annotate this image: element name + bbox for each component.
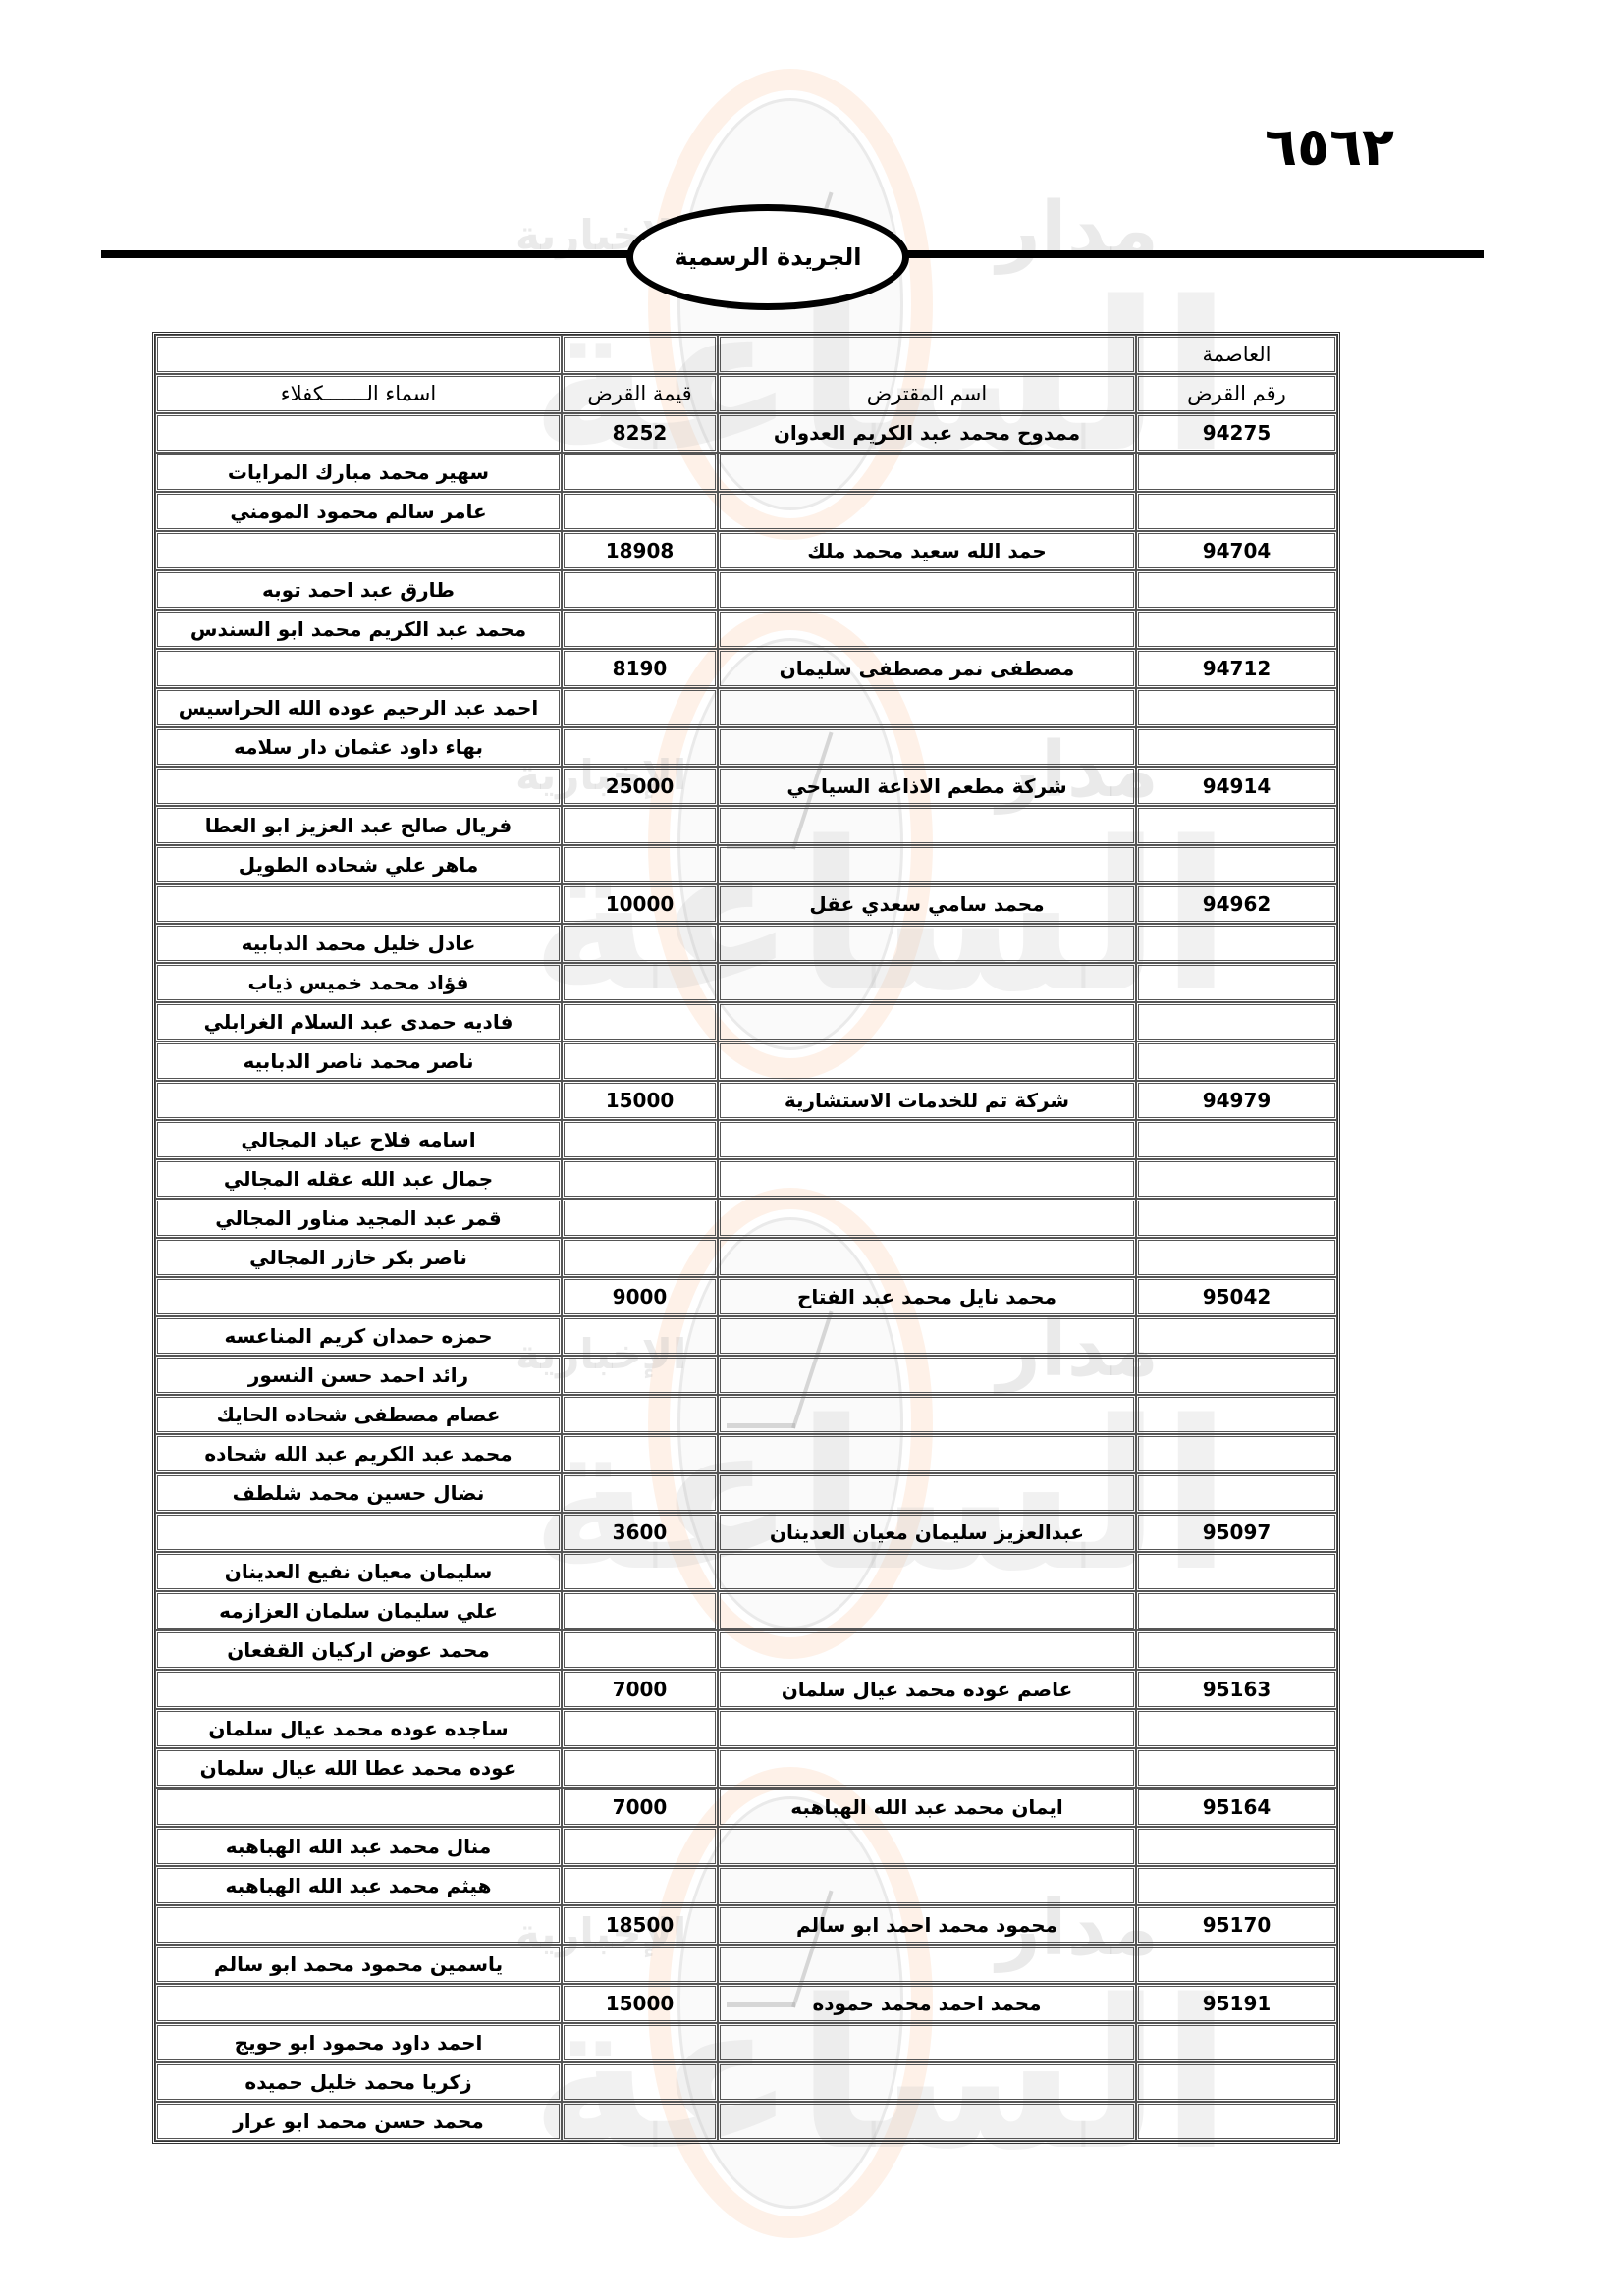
borrower-cell bbox=[718, 1630, 1136, 1670]
guarantor-row: منال محمد عبد الله الهباهبه bbox=[155, 1827, 1337, 1866]
borrower-cell: عاصم عوده محمد عيال سلمان bbox=[718, 1670, 1136, 1709]
loan-number-cell bbox=[1136, 1748, 1337, 1788]
amount-cell: 3600 bbox=[562, 1513, 718, 1552]
borrower-cell: مصطفى نمر مصطفى سليمان bbox=[718, 649, 1136, 688]
borrower-cell bbox=[718, 1591, 1136, 1630]
borrower-cell bbox=[718, 1395, 1136, 1434]
amount-cell bbox=[562, 845, 718, 884]
loan-number-cell: 94914 bbox=[1136, 767, 1337, 806]
borrower-cell: محمد نايل محمد عبد الفتاح bbox=[718, 1277, 1136, 1316]
guarantor-cell bbox=[155, 1670, 562, 1709]
amount-cell bbox=[562, 492, 718, 531]
loan-number-cell bbox=[1136, 688, 1337, 727]
amount-cell bbox=[562, 1159, 718, 1199]
borrower-cell bbox=[718, 2062, 1136, 2102]
guarantor-row: طارق عبد احمد توبه bbox=[155, 570, 1337, 610]
guarantor-row: محمد حسن محمد ابو عرار bbox=[155, 2102, 1337, 2141]
loans-table: العاصمة رقم القرض اسم المقترض قيمة القرض… bbox=[152, 332, 1340, 2144]
amount-cell: 8252 bbox=[562, 413, 718, 453]
amount-cell: 18500 bbox=[562, 1905, 718, 1945]
loan-number-cell bbox=[1136, 727, 1337, 767]
guarantor-cell: ياسمين محمود محمد ابو سالم bbox=[155, 1945, 562, 1984]
amount-cell bbox=[562, 1748, 718, 1788]
guarantor-row: رائد احمد حسن النسور bbox=[155, 1356, 1337, 1395]
loan-row: 94979شركة تم للخدمات الاستشارية15000 bbox=[155, 1081, 1337, 1120]
amount-cell bbox=[562, 1552, 718, 1591]
borrower-cell bbox=[718, 453, 1136, 492]
guarantor-row: عصام مصطفى شحاده الحايك bbox=[155, 1395, 1337, 1434]
guarantor-cell: سهير محمد مبارك المرايات bbox=[155, 453, 562, 492]
amount-cell: 10000 bbox=[562, 884, 718, 924]
guarantor-cell: محمد عبد الكريم عبد الله شحاده bbox=[155, 1434, 562, 1473]
loan-number-cell bbox=[1136, 1945, 1337, 1984]
amount-cell bbox=[562, 924, 718, 963]
guarantor-row: محمد عبد الكريم عبد الله شحاده bbox=[155, 1434, 1337, 1473]
borrower-cell bbox=[718, 1316, 1136, 1356]
region-label: العاصمة bbox=[1136, 335, 1337, 374]
guarantor-cell bbox=[155, 1788, 562, 1827]
guarantor-row: سليمان معيان نفيع العدينان bbox=[155, 1552, 1337, 1591]
guarantor-row: محمد عبد الكريم محمد ابو السندس bbox=[155, 610, 1337, 649]
loan-row: 94712مصطفى نمر مصطفى سليمان8190 bbox=[155, 649, 1337, 688]
guarantor-cell bbox=[155, 413, 562, 453]
amount-cell bbox=[562, 1041, 718, 1081]
amount-cell bbox=[562, 1316, 718, 1356]
borrower-cell bbox=[718, 727, 1136, 767]
loan-number-cell bbox=[1136, 1827, 1337, 1866]
guarantor-row: عوده محمد عطا الله عيال سلمان bbox=[155, 1748, 1337, 1788]
amount-cell: 9000 bbox=[562, 1277, 718, 1316]
borrower-cell: محمد احمد محمد حموده bbox=[718, 1984, 1136, 2023]
header-row: رقم القرض اسم المقترض قيمة القرض اسماء ا… bbox=[155, 374, 1337, 413]
loan-number-cell bbox=[1136, 1434, 1337, 1473]
borrower-cell bbox=[718, 845, 1136, 884]
borrower-cell bbox=[718, 1709, 1136, 1748]
amount-cell bbox=[562, 1827, 718, 1866]
amount-cell bbox=[562, 570, 718, 610]
guarantor-cell: فاديه حمدى عبد السلام الغرابلي bbox=[155, 1002, 562, 1041]
amount-cell bbox=[562, 610, 718, 649]
amount-cell bbox=[562, 1120, 718, 1159]
guarantor-cell: علي سليمان سلمان العزازمه bbox=[155, 1591, 562, 1630]
loan-number-cell: 95191 bbox=[1136, 1984, 1337, 2023]
guarantor-cell bbox=[155, 1277, 562, 1316]
borrower-cell: ايمان محمد عبد الله الهباهبه bbox=[718, 1788, 1136, 1827]
guarantor-cell: ناصر بكر خازر المجالي bbox=[155, 1238, 562, 1277]
loan-number-cell: 95042 bbox=[1136, 1277, 1337, 1316]
empty-cell bbox=[155, 335, 562, 374]
guarantor-row: فاديه حمدى عبد السلام الغرابلي bbox=[155, 1002, 1337, 1041]
guarantor-cell: قمر عبد المجيد مناور المجالي bbox=[155, 1199, 562, 1238]
guarantor-row: فريال صالح عبد العزيز ابو العطا bbox=[155, 806, 1337, 845]
guarantor-cell: عصام مصطفى شحاده الحايك bbox=[155, 1395, 562, 1434]
header-amount: قيمة القرض bbox=[562, 374, 718, 413]
guarantor-cell: ساجده عوده محمد عيال سلمان bbox=[155, 1709, 562, 1748]
empty-cell bbox=[718, 335, 1136, 374]
guarantor-cell bbox=[155, 767, 562, 806]
borrower-cell bbox=[718, 1866, 1136, 1905]
loan-number-cell: 95097 bbox=[1136, 1513, 1337, 1552]
guarantor-row: ناصر محمد ناصر الدبابيه bbox=[155, 1041, 1337, 1081]
guarantor-cell: عادل خليل محمد الدبابيه bbox=[155, 924, 562, 963]
amount-cell bbox=[562, 1199, 718, 1238]
amount-cell bbox=[562, 727, 718, 767]
gazette-title-ellipse: الجريدة الرسمية bbox=[626, 204, 909, 310]
loan-row: 95097عبدالعزيز سليمان معيان العدينان3600 bbox=[155, 1513, 1337, 1552]
loan-number-cell bbox=[1136, 1316, 1337, 1356]
loan-number-cell bbox=[1136, 2102, 1337, 2141]
loan-number-cell: 95163 bbox=[1136, 1670, 1337, 1709]
loan-number-cell bbox=[1136, 924, 1337, 963]
amount-cell bbox=[562, 688, 718, 727]
guarantor-cell: جمال عبد الله عقله المجالي bbox=[155, 1159, 562, 1199]
loan-number-cell bbox=[1136, 1709, 1337, 1748]
guarantor-row: ماهر علي شحاده الطويل bbox=[155, 845, 1337, 884]
guarantor-cell: محمد حسن محمد ابو عرار bbox=[155, 2102, 562, 2141]
borrower-cell bbox=[718, 1159, 1136, 1199]
guarantor-row: ناصر بكر خازر المجالي bbox=[155, 1238, 1337, 1277]
borrower-cell bbox=[718, 1552, 1136, 1591]
guarantor-row: فؤاد محمد خميس ذياب bbox=[155, 963, 1337, 1002]
amount-cell bbox=[562, 1630, 718, 1670]
amount-cell bbox=[562, 1002, 718, 1041]
loan-row: 95164ايمان محمد عبد الله الهباهبه7000 bbox=[155, 1788, 1337, 1827]
guarantor-cell bbox=[155, 884, 562, 924]
guarantor-cell: محمد عوض اركيان القفعان bbox=[155, 1630, 562, 1670]
header-loan-number: رقم القرض bbox=[1136, 374, 1337, 413]
guarantor-row: حمزه حمدان كريم المناعسه bbox=[155, 1316, 1337, 1356]
borrower-cell bbox=[718, 1120, 1136, 1159]
amount-cell: 15000 bbox=[562, 1984, 718, 2023]
borrower-cell bbox=[718, 1473, 1136, 1513]
guarantor-cell: احمد داود محمود ابو حويج bbox=[155, 2023, 562, 2062]
guarantor-row: عامر سالم محمود المومني bbox=[155, 492, 1337, 531]
loan-number-cell bbox=[1136, 1630, 1337, 1670]
guarantor-cell: عوده محمد عطا الله عيال سلمان bbox=[155, 1748, 562, 1788]
guarantor-row: علي سليمان سلمان العزازمه bbox=[155, 1591, 1337, 1630]
amount-cell bbox=[562, 1356, 718, 1395]
watermark-brand-prefix: مدار bbox=[997, 187, 1159, 275]
guarantor-cell bbox=[155, 1905, 562, 1945]
guarantor-row: احمد داود محمود ابو حويج bbox=[155, 2023, 1337, 2062]
loan-number-cell: 94962 bbox=[1136, 884, 1337, 924]
guarantor-cell: عامر سالم محمود المومني bbox=[155, 492, 562, 531]
borrower-cell bbox=[718, 1002, 1136, 1041]
amount-cell bbox=[562, 1238, 718, 1277]
guarantor-cell bbox=[155, 649, 562, 688]
borrower-cell bbox=[718, 492, 1136, 531]
guarantor-cell: اسامه فلاح عياد المجالي bbox=[155, 1120, 562, 1159]
loan-number-cell bbox=[1136, 1473, 1337, 1513]
guarantor-row: زكريا محمد خليل حميده bbox=[155, 2062, 1337, 2102]
amount-cell: 15000 bbox=[562, 1081, 718, 1120]
loan-number-cell bbox=[1136, 1552, 1337, 1591]
guarantor-cell bbox=[155, 531, 562, 570]
guarantor-row: محمد عوض اركيان القفعان bbox=[155, 1630, 1337, 1670]
borrower-cell bbox=[718, 570, 1136, 610]
guarantor-row: بهاء داود عثمان دار سلامه bbox=[155, 727, 1337, 767]
borrower-cell bbox=[718, 1945, 1136, 1984]
borrower-cell bbox=[718, 1041, 1136, 1081]
loan-number-cell: 94275 bbox=[1136, 413, 1337, 453]
guarantor-cell: رائد احمد حسن النسور bbox=[155, 1356, 562, 1395]
guarantor-row: ساجده عوده محمد عيال سلمان bbox=[155, 1709, 1337, 1748]
loan-number-cell bbox=[1136, 610, 1337, 649]
borrower-cell: شركة تم للخدمات الاستشارية bbox=[718, 1081, 1136, 1120]
loan-row: 94275ممدوح محمد عبد الكريم العدوان8252 bbox=[155, 413, 1337, 453]
guarantor-row: ياسمين محمود محمد ابو سالم bbox=[155, 1945, 1337, 1984]
loan-number-cell bbox=[1136, 845, 1337, 884]
borrower-cell: ممدوح محمد عبد الكريم العدوان bbox=[718, 413, 1136, 453]
guarantor-row: اسامه فلاح عياد المجالي bbox=[155, 1120, 1337, 1159]
loan-row: 94962محمد سامي سعدي عقل10000 bbox=[155, 884, 1337, 924]
loan-number-cell bbox=[1136, 1238, 1337, 1277]
amount-cell bbox=[562, 453, 718, 492]
guarantor-cell: فريال صالح عبد العزيز ابو العطا bbox=[155, 806, 562, 845]
amount-cell: 7000 bbox=[562, 1670, 718, 1709]
region-row: العاصمة bbox=[155, 335, 1337, 374]
loan-number-cell: 94979 bbox=[1136, 1081, 1337, 1120]
borrower-cell bbox=[718, 1434, 1136, 1473]
guarantor-cell: ناصر محمد ناصر الدبابيه bbox=[155, 1041, 562, 1081]
amount-cell: 8190 bbox=[562, 649, 718, 688]
amount-cell bbox=[562, 1434, 718, 1473]
loan-number-cell bbox=[1136, 1120, 1337, 1159]
loan-number-cell bbox=[1136, 1041, 1337, 1081]
guarantor-row: جمال عبد الله عقله المجالي bbox=[155, 1159, 1337, 1199]
amount-cell bbox=[562, 1866, 718, 1905]
borrower-cell bbox=[718, 2102, 1136, 2141]
amount-cell bbox=[562, 2023, 718, 2062]
loan-number-cell bbox=[1136, 963, 1337, 1002]
loan-number-cell bbox=[1136, 1159, 1337, 1199]
guarantor-row: عادل خليل محمد الدبابيه bbox=[155, 924, 1337, 963]
amount-cell: 25000 bbox=[562, 767, 718, 806]
loan-row: 94914شركة مطعم الاذاعة السياحي25000 bbox=[155, 767, 1337, 806]
borrower-cell: عبدالعزيز سليمان معيان العدينان bbox=[718, 1513, 1136, 1552]
page-number: ٦٥٦٢ bbox=[1168, 116, 1394, 178]
loan-number-cell bbox=[1136, 1199, 1337, 1238]
amount-cell bbox=[562, 963, 718, 1002]
loan-number-cell bbox=[1136, 1866, 1337, 1905]
loan-number-cell bbox=[1136, 1356, 1337, 1395]
guarantor-cell: منال محمد عبد الله الهباهبه bbox=[155, 1827, 562, 1866]
borrower-cell bbox=[718, 610, 1136, 649]
amount-cell bbox=[562, 2062, 718, 2102]
loan-number-cell: 95170 bbox=[1136, 1905, 1337, 1945]
amount-cell: 18908 bbox=[562, 531, 718, 570]
loan-number-cell: 94712 bbox=[1136, 649, 1337, 688]
amount-cell bbox=[562, 2102, 718, 2141]
guarantor-cell bbox=[155, 1984, 562, 2023]
borrower-cell: محمد سامي سعدي عقل bbox=[718, 884, 1136, 924]
guarantor-cell: سليمان معيان نفيع العدينان bbox=[155, 1552, 562, 1591]
loan-number-cell bbox=[1136, 806, 1337, 845]
loan-row: 95170محمود محمد احمد ابو سالم18500 bbox=[155, 1905, 1337, 1945]
borrower-cell bbox=[718, 1238, 1136, 1277]
gazette-title: الجريدة الرسمية bbox=[674, 243, 861, 271]
amount-cell bbox=[562, 806, 718, 845]
loan-row: 95163عاصم عوده محمد عيال سلمان7000 bbox=[155, 1670, 1337, 1709]
guarantor-cell bbox=[155, 1513, 562, 1552]
amount-cell bbox=[562, 1945, 718, 1984]
loan-number-cell: 95164 bbox=[1136, 1788, 1337, 1827]
borrower-cell bbox=[718, 1199, 1136, 1238]
borrower-cell bbox=[718, 1827, 1136, 1866]
loan-number-cell bbox=[1136, 1002, 1337, 1041]
guarantor-cell: احمد عبد الرحيم عوده الله الحراسيس bbox=[155, 688, 562, 727]
borrower-cell bbox=[718, 1356, 1136, 1395]
guarantor-cell: ماهر علي شحاده الطويل bbox=[155, 845, 562, 884]
header-guarantors: اسماء الـــــــكفلاء bbox=[155, 374, 562, 413]
guarantor-cell: محمد عبد الكريم محمد ابو السندس bbox=[155, 610, 562, 649]
amount-cell: 7000 bbox=[562, 1788, 718, 1827]
loan-number-cell bbox=[1136, 570, 1337, 610]
loan-number-cell: 94704 bbox=[1136, 531, 1337, 570]
amount-cell bbox=[562, 1591, 718, 1630]
guarantor-row: قمر عبد المجيد مناور المجالي bbox=[155, 1199, 1337, 1238]
borrower-cell bbox=[718, 1748, 1136, 1788]
guarantor-row: احمد عبد الرحيم عوده الله الحراسيس bbox=[155, 688, 1337, 727]
amount-cell bbox=[562, 1473, 718, 1513]
guarantor-row: نضال حسين محمد شلطف bbox=[155, 1473, 1337, 1513]
borrower-cell: محمود محمد احمد ابو سالم bbox=[718, 1905, 1136, 1945]
amount-cell bbox=[562, 1395, 718, 1434]
guarantor-cell bbox=[155, 1081, 562, 1120]
loan-number-cell bbox=[1136, 2062, 1337, 2102]
loan-number-cell bbox=[1136, 1395, 1337, 1434]
guarantor-cell: حمزه حمدان كريم المناعسه bbox=[155, 1316, 562, 1356]
loan-number-cell bbox=[1136, 2023, 1337, 2062]
loan-number-cell bbox=[1136, 492, 1337, 531]
guarantor-cell: نضال حسين محمد شلطف bbox=[155, 1473, 562, 1513]
loan-number-cell bbox=[1136, 453, 1337, 492]
loan-row: 94704حمد الله سعيد محمد ملك18908 bbox=[155, 531, 1337, 570]
empty-cell bbox=[562, 335, 718, 374]
loan-row: 95191محمد احمد محمد حموده15000 bbox=[155, 1984, 1337, 2023]
borrower-cell: شركة مطعم الاذاعة السياحي bbox=[718, 767, 1136, 806]
borrower-cell bbox=[718, 963, 1136, 1002]
guarantor-cell: بهاء داود عثمان دار سلامه bbox=[155, 727, 562, 767]
guarantor-cell: زكريا محمد خليل حميده bbox=[155, 2062, 562, 2102]
borrower-cell bbox=[718, 688, 1136, 727]
borrower-cell bbox=[718, 806, 1136, 845]
guarantor-row: سهير محمد مبارك المرايات bbox=[155, 453, 1337, 492]
amount-cell bbox=[562, 1709, 718, 1748]
loan-row: 95042محمد نايل محمد عبد الفتاح9000 bbox=[155, 1277, 1337, 1316]
borrower-cell: حمد الله سعيد محمد ملك bbox=[718, 531, 1136, 570]
guarantor-cell: فؤاد محمد خميس ذياب bbox=[155, 963, 562, 1002]
header-borrower: اسم المقترض bbox=[718, 374, 1136, 413]
borrower-cell bbox=[718, 924, 1136, 963]
guarantor-cell: هيثم محمد عبد الله الهباهبه bbox=[155, 1866, 562, 1905]
guarantor-row: هيثم محمد عبد الله الهباهبه bbox=[155, 1866, 1337, 1905]
loan-number-cell bbox=[1136, 1591, 1337, 1630]
borrower-cell bbox=[718, 2023, 1136, 2062]
guarantor-cell: طارق عبد احمد توبه bbox=[155, 570, 562, 610]
